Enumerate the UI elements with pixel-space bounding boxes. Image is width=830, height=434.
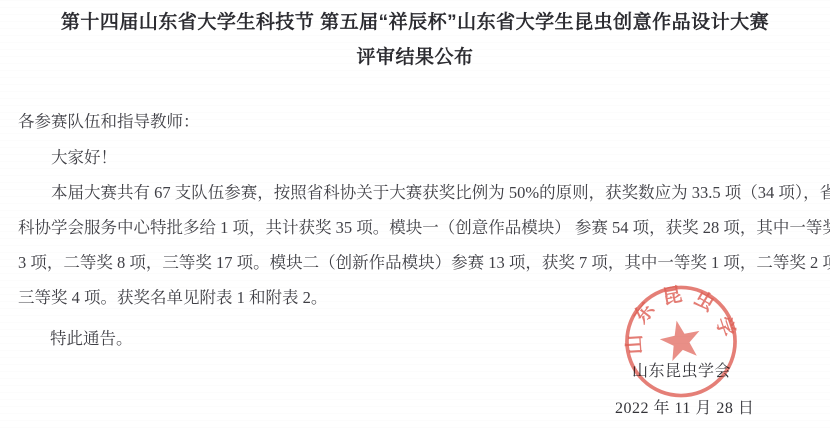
document-title-line2: 评审结果公布 <box>0 42 830 69</box>
body-paragraph-line: 三等奖 4 项。获奖名单见附表 1 和附表 2。 <box>18 287 327 309</box>
body-paragraph-line: 3 项，二等奖 8 项，三等奖 17 项。模块二（创新作品模块）参赛 13 项，… <box>18 252 830 274</box>
star-icon <box>657 316 705 362</box>
document-date: 2022 年 11 月 28 日 <box>615 398 754 420</box>
seal-text: 山东昆虫学会 <box>606 276 740 355</box>
salutation-line: 各参赛队伍和指导教师： <box>18 111 200 133</box>
body-paragraph-line: 本届大赛共有 67 支队伍参赛，按照省科协关于大赛获奖比例为 50%的原则，获奖… <box>51 182 830 204</box>
document-page: 第十四届山东省大学生科技节 第五届“祥辰杯”山东省大学生昆虫创意作品设计大赛 评… <box>0 0 830 434</box>
body-paragraph-line: 科协学会服务中心特批多给 1 项，共计获奖 35 项。模块一（创意作品模块） 参… <box>18 217 830 239</box>
signature-organization: 山东昆虫学会 <box>632 361 731 383</box>
document-title-line1: 第十四届山东省大学生科技节 第五届“祥辰杯”山东省大学生昆虫创意作品设计大赛 <box>0 7 830 34</box>
closing-line: 特此通告。 <box>50 328 133 350</box>
official-seal-stamp: 山东昆虫学会 <box>605 276 757 407</box>
greeting-line: 大家好！ <box>51 147 117 169</box>
